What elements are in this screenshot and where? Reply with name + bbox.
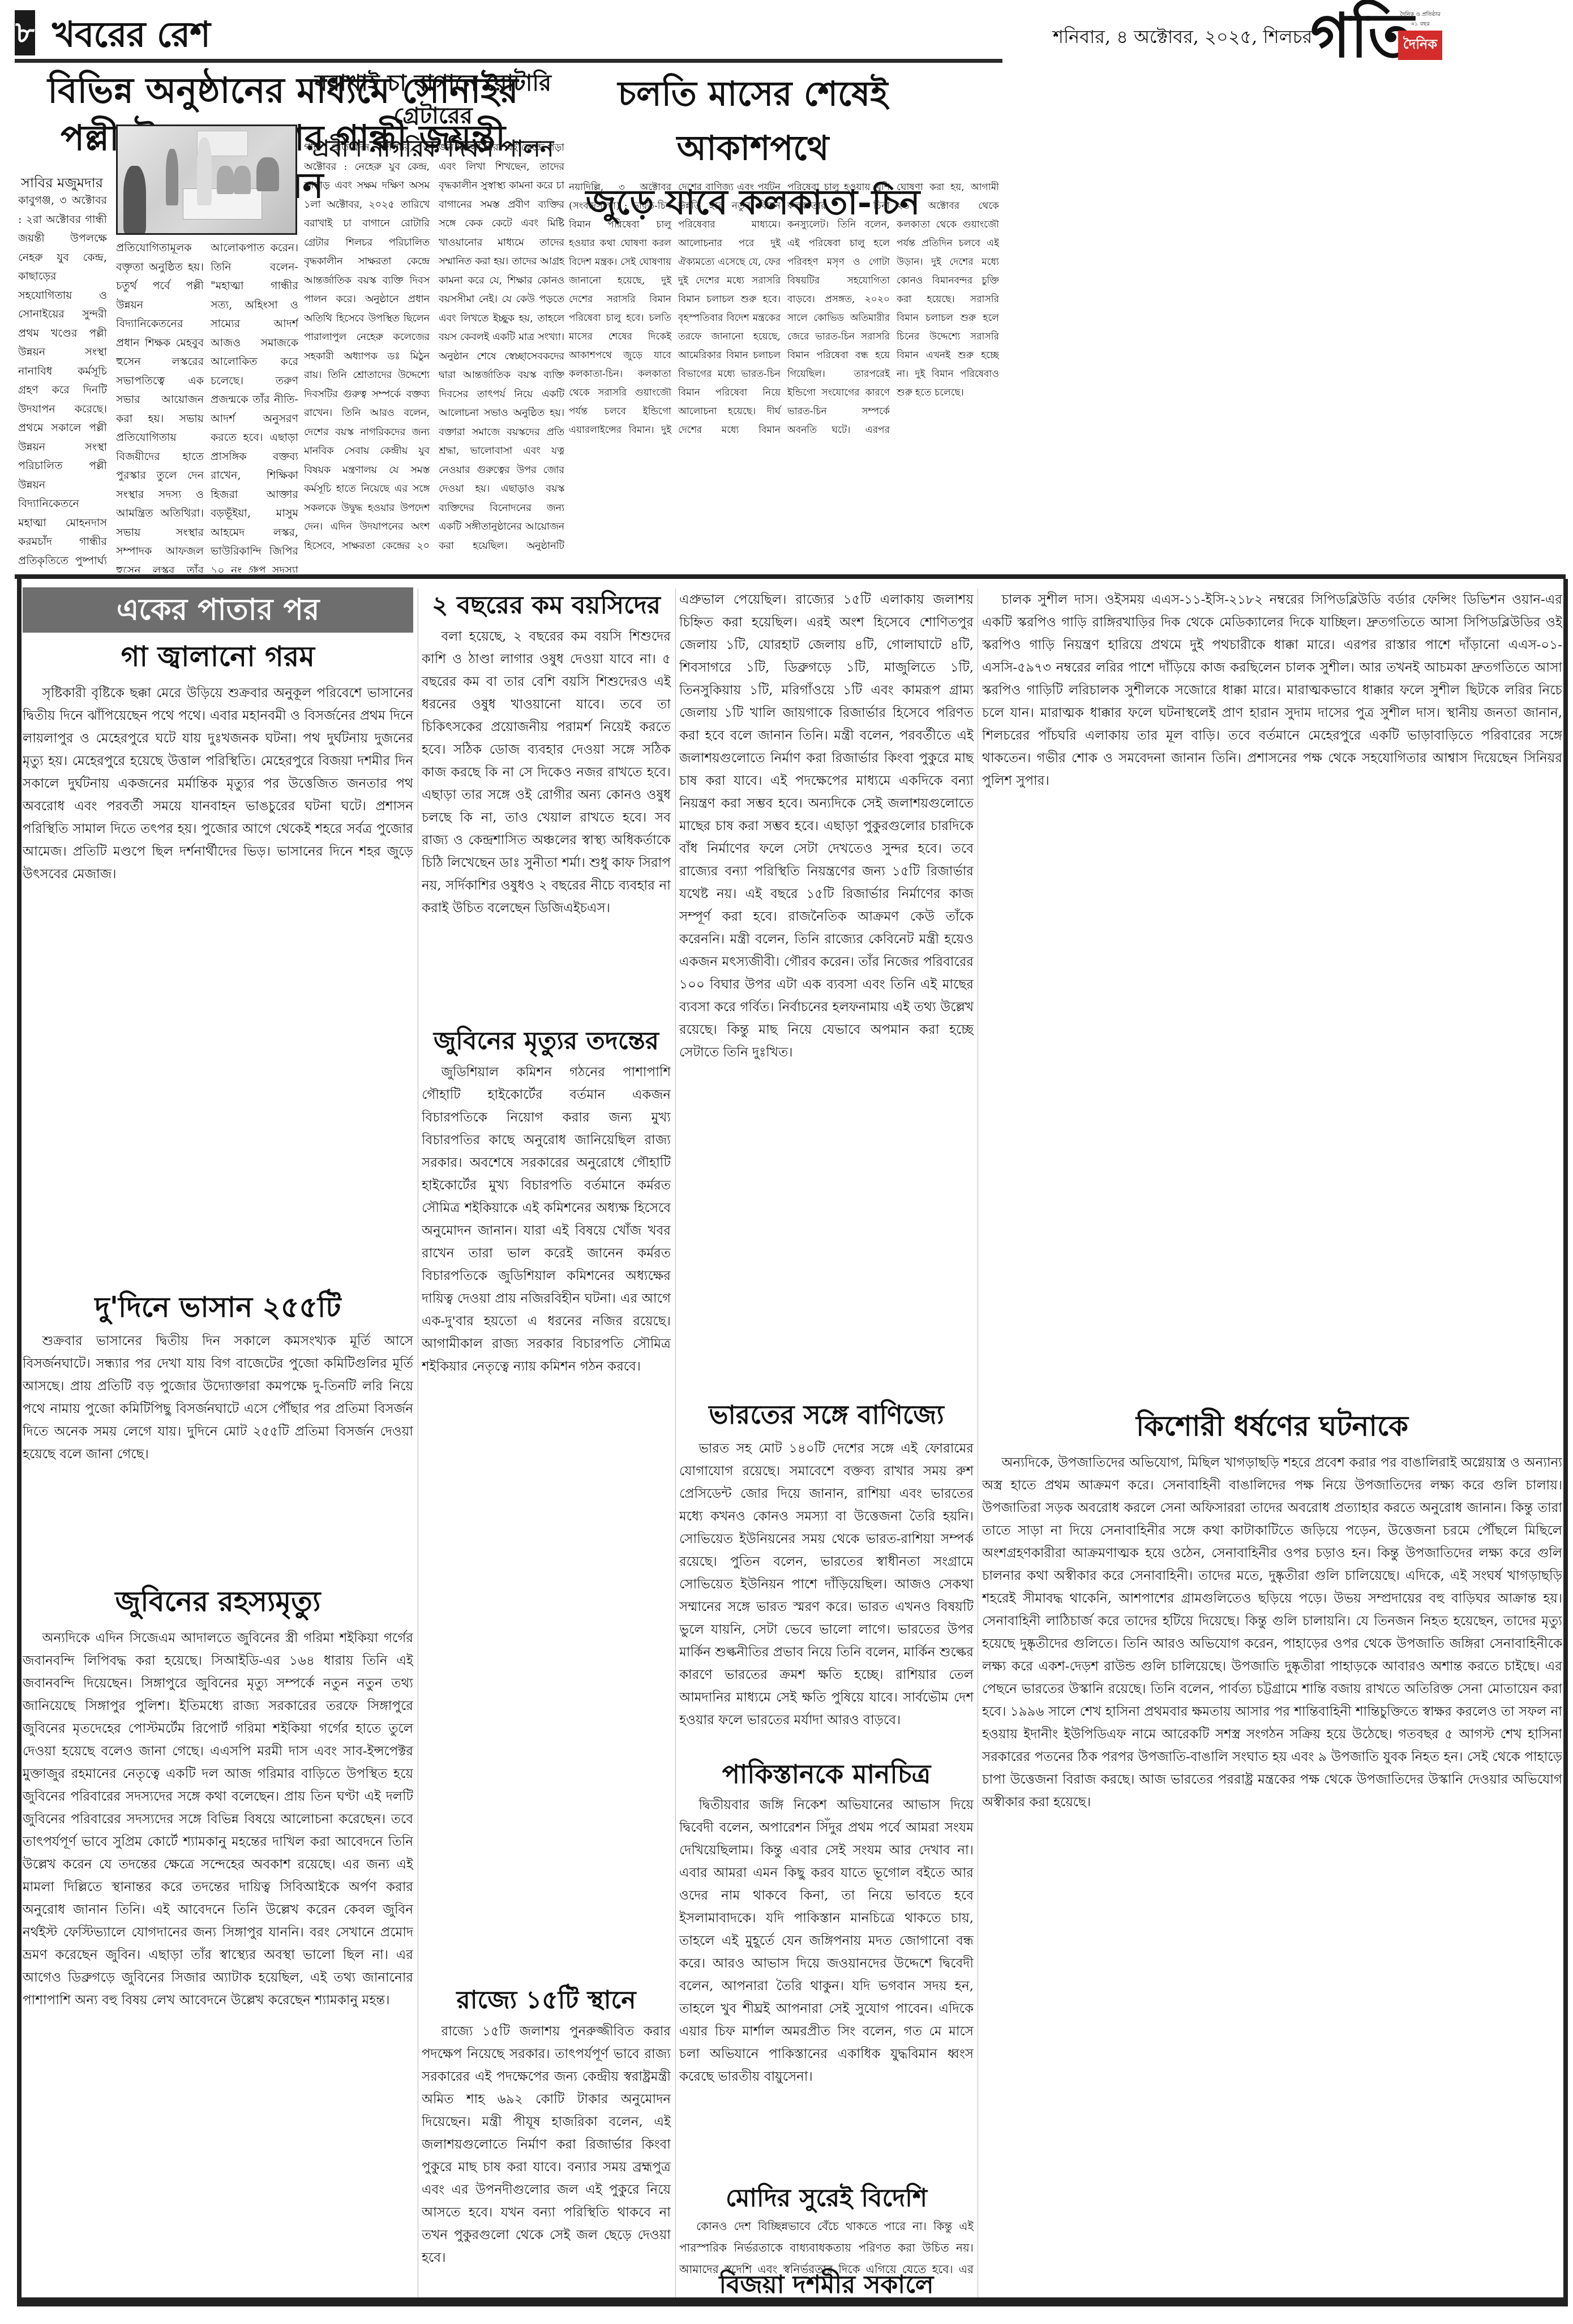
column-rule (675, 588, 676, 2297)
paragraph: প্রতিযোগিতামূলক বক্তৃতা অনুষ্ঠিত হয়। চত… (116, 239, 204, 573)
headline-modi-swadeshi: মোদির সুরেই বিদেশি (679, 2181, 974, 2215)
masthead-rule (15, 59, 1002, 63)
event-photo (116, 124, 297, 235)
article-sonai-col3: আলোকপাত করেন। তিনি বলেন- "মহাত্মা গান্ধী… (211, 239, 298, 573)
article-rajye-15-body: রাজ্যে ১৫টি জলাশয় পুনরুজ্জীবিত করার পদক… (422, 2020, 671, 2297)
article-pakistan-map-body: দ্বিতীয়বার জঙ্গি নিকেশ অভিযানের আভাস দি… (679, 1794, 974, 2184)
paragraph: ভারত সহ মোট ১৪০টি দেশের সঙ্গে এই ফোরামের… (679, 1437, 974, 1732)
headline-india-trade: ভারতের সঙ্গে বাণিজ্যে (679, 1398, 974, 1432)
photo-person (166, 149, 178, 205)
brand-tagline: দৈনিক ও প্রতিষ্ঠার ৩১ বছর (1398, 10, 1442, 29)
article-kolkata-china-body: নয়াদিল্লি, ৩ অক্টোবর (সংবাদসংস্থা) : ভা… (569, 178, 999, 574)
paragraph: আলোকপাত করেন। তিনি বলেন- "মহাত্মা গান্ধী… (211, 239, 298, 573)
section-title: খবরের রেশ (52, 8, 210, 66)
headline-two-years: ২ বছরের কম বয়সিদের (422, 588, 671, 622)
brand-badge-fineprint (1398, 61, 1442, 66)
dateline: শনিবার, ৪ অক্টোবর, ২০২৫, শিলচর (1053, 23, 1312, 53)
article-accident-body: চালক সুশীল দাস। ওইসময় এএস-১১-ইসি-২১৮২ ন… (982, 588, 1562, 1403)
headline-zubeen-inquiry: জুবিনের মৃত্যুর তদন্তের (422, 1024, 671, 1058)
paragraph: কাবুগঞ্জ, ৩ অক্টোবর : ২রা অক্টোবর গান্ধী… (18, 191, 107, 570)
headline-vijaya: বিজয়া দশমীর সকালে (679, 2269, 974, 2300)
headline-du-dine: দু'দিনে ভাসান ২৫৫টি (23, 1290, 413, 1324)
headline-line: চলতি মাসের শেষেই আকাশপথে (618, 74, 888, 168)
paragraph: রাজ্যে ১৫টি জলাশয় পুনরুজ্জীবিত করার পদক… (422, 2020, 671, 2269)
photo-person (234, 166, 251, 194)
brand-badge-label: দৈনিক (1398, 31, 1442, 60)
paragraph: অন্যদিকে, উপজাতিদের অভিযোগ, মিছিল খাগড়া… (982, 1451, 1562, 1814)
article-du-dine-body: শুক্রবার ভাসানের দ্বিতীয় দিন সকালে কমসং… (23, 1330, 413, 1579)
paragraph: গতি প্রতিবেদন, শিলচর, ৩ অক্টোবর : নেহেরু… (304, 139, 564, 574)
article-borakhai-body: গতি প্রতিবেদন, শিলচর, ৩ অক্টোবর : নেহেরু… (304, 139, 564, 574)
article-reservoirs-body: এপ্রুভাল পেয়েছিল। রাজ্যের ১৫টি এলাকায় … (679, 588, 974, 1392)
bottom-rule (17, 2302, 1568, 2306)
paragraph: শুক্রবার ভাসানের দ্বিতীয় দিন সকালে কমসং… (23, 1330, 413, 1466)
headline-rajye-15: রাজ্যে ১৫টি স্থানে (422, 1983, 671, 2017)
paragraph: জুডিশিয়াল কমিশন গঠনের পাশাপাশি গৌহাটি হ… (422, 1061, 671, 1378)
headline-kishori: কিশোরী ধর্ষণের ঘটনাকে (982, 1409, 1562, 1443)
article-sonai-col2: প্রতিযোগিতামূলক বক্তৃতা অনুষ্ঠিত হয়। চত… (116, 239, 204, 573)
article-ga-jwalano-body: সৃষ্টিকারী বৃষ্টিকে ছক্কা মেরে উড়িয়ে শ… (23, 682, 413, 1282)
article-zubeen-inquiry-body: জুডিশিয়াল কমিশন গঠনের পাশাপাশি গৌহাটি হ… (422, 1061, 671, 1915)
headline-ga-jwalano: গা জ্বালানো গরম (23, 639, 413, 673)
newspaper-logo: গতি (1310, 5, 1392, 71)
photo-person (197, 138, 212, 205)
headline-line: বরাখাই চা বাগানে রোটারি গ্রেটারের (315, 70, 551, 129)
brand-badge: দৈনিক ও প্রতিষ্ঠার ৩১ বছর দৈনিক (1398, 10, 1442, 59)
continued-banner: একের পাতার পর (23, 587, 413, 633)
column-rule (418, 588, 418, 2297)
paragraph: এপ্রুভাল পেয়েছিল। রাজ্যের ১৫টি এলাকায় … (679, 588, 974, 1064)
paragraph: অন্যদিকে এদিন সিজেএম আদালতে জুবিনের স্ত্… (23, 1627, 413, 2012)
column-rule (978, 588, 978, 2297)
section-divider (15, 574, 1566, 579)
article-two-years-body: বলা হয়েছে, ২ বছরের কম বয়সি শিশুদের কাশ… (422, 625, 671, 1016)
page-masthead: ৮ খবরের রেশ শনিবার, ৪ অক্টোবর, ২০২৫, শিল… (0, 0, 1573, 63)
article-zubeen-mystery-body: অন্যদিকে এদিন সিজেএম আদালতে জুবিনের স্ত্… (23, 1627, 413, 2297)
page-number: ৮ (15, 10, 35, 55)
paragraph: দ্বিতীয়বার জঙ্গি নিকেশ অভিযানের আভাস দি… (679, 1794, 974, 2088)
headline-zubeen-mystery: জুবিনের রহস্যমৃত্যু (23, 1584, 413, 1618)
paragraph: বলা হয়েছে, ২ বছরের কম বয়সি শিশুদের কাশ… (422, 625, 671, 920)
paragraph: নয়াদিল্লি, ৩ অক্টোবর (সংবাদসংস্থা) : ভা… (569, 178, 999, 440)
article-india-trade-body: ভারত সহ মোট ১৪০টি দেশের সঙ্গে এই ফোরামের… (679, 1437, 974, 1754)
article-kishori-body: অন্যদিকে, উপজাতিদের অভিযোগ, মিছিল খাগড়া… (982, 1451, 1562, 2297)
photo-person (217, 166, 234, 194)
paragraph: চালক সুশীল দাস। ওইসময় এএস-১১-ইসি-২১৮২ ন… (982, 588, 1562, 792)
photo-person (256, 157, 279, 191)
article-sonai-col1: কাবুগঞ্জ, ৩ অক্টোবর : ২রা অক্টোবর গান্ধী… (18, 191, 107, 570)
paragraph: সৃষ্টিকারী বৃষ্টিকে ছক্কা মেরে উড়িয়ে শ… (23, 682, 413, 886)
headline-pakistan-map: পাকিস্তানকে মানচিত্র (679, 1757, 974, 1791)
photo-person (123, 166, 146, 234)
